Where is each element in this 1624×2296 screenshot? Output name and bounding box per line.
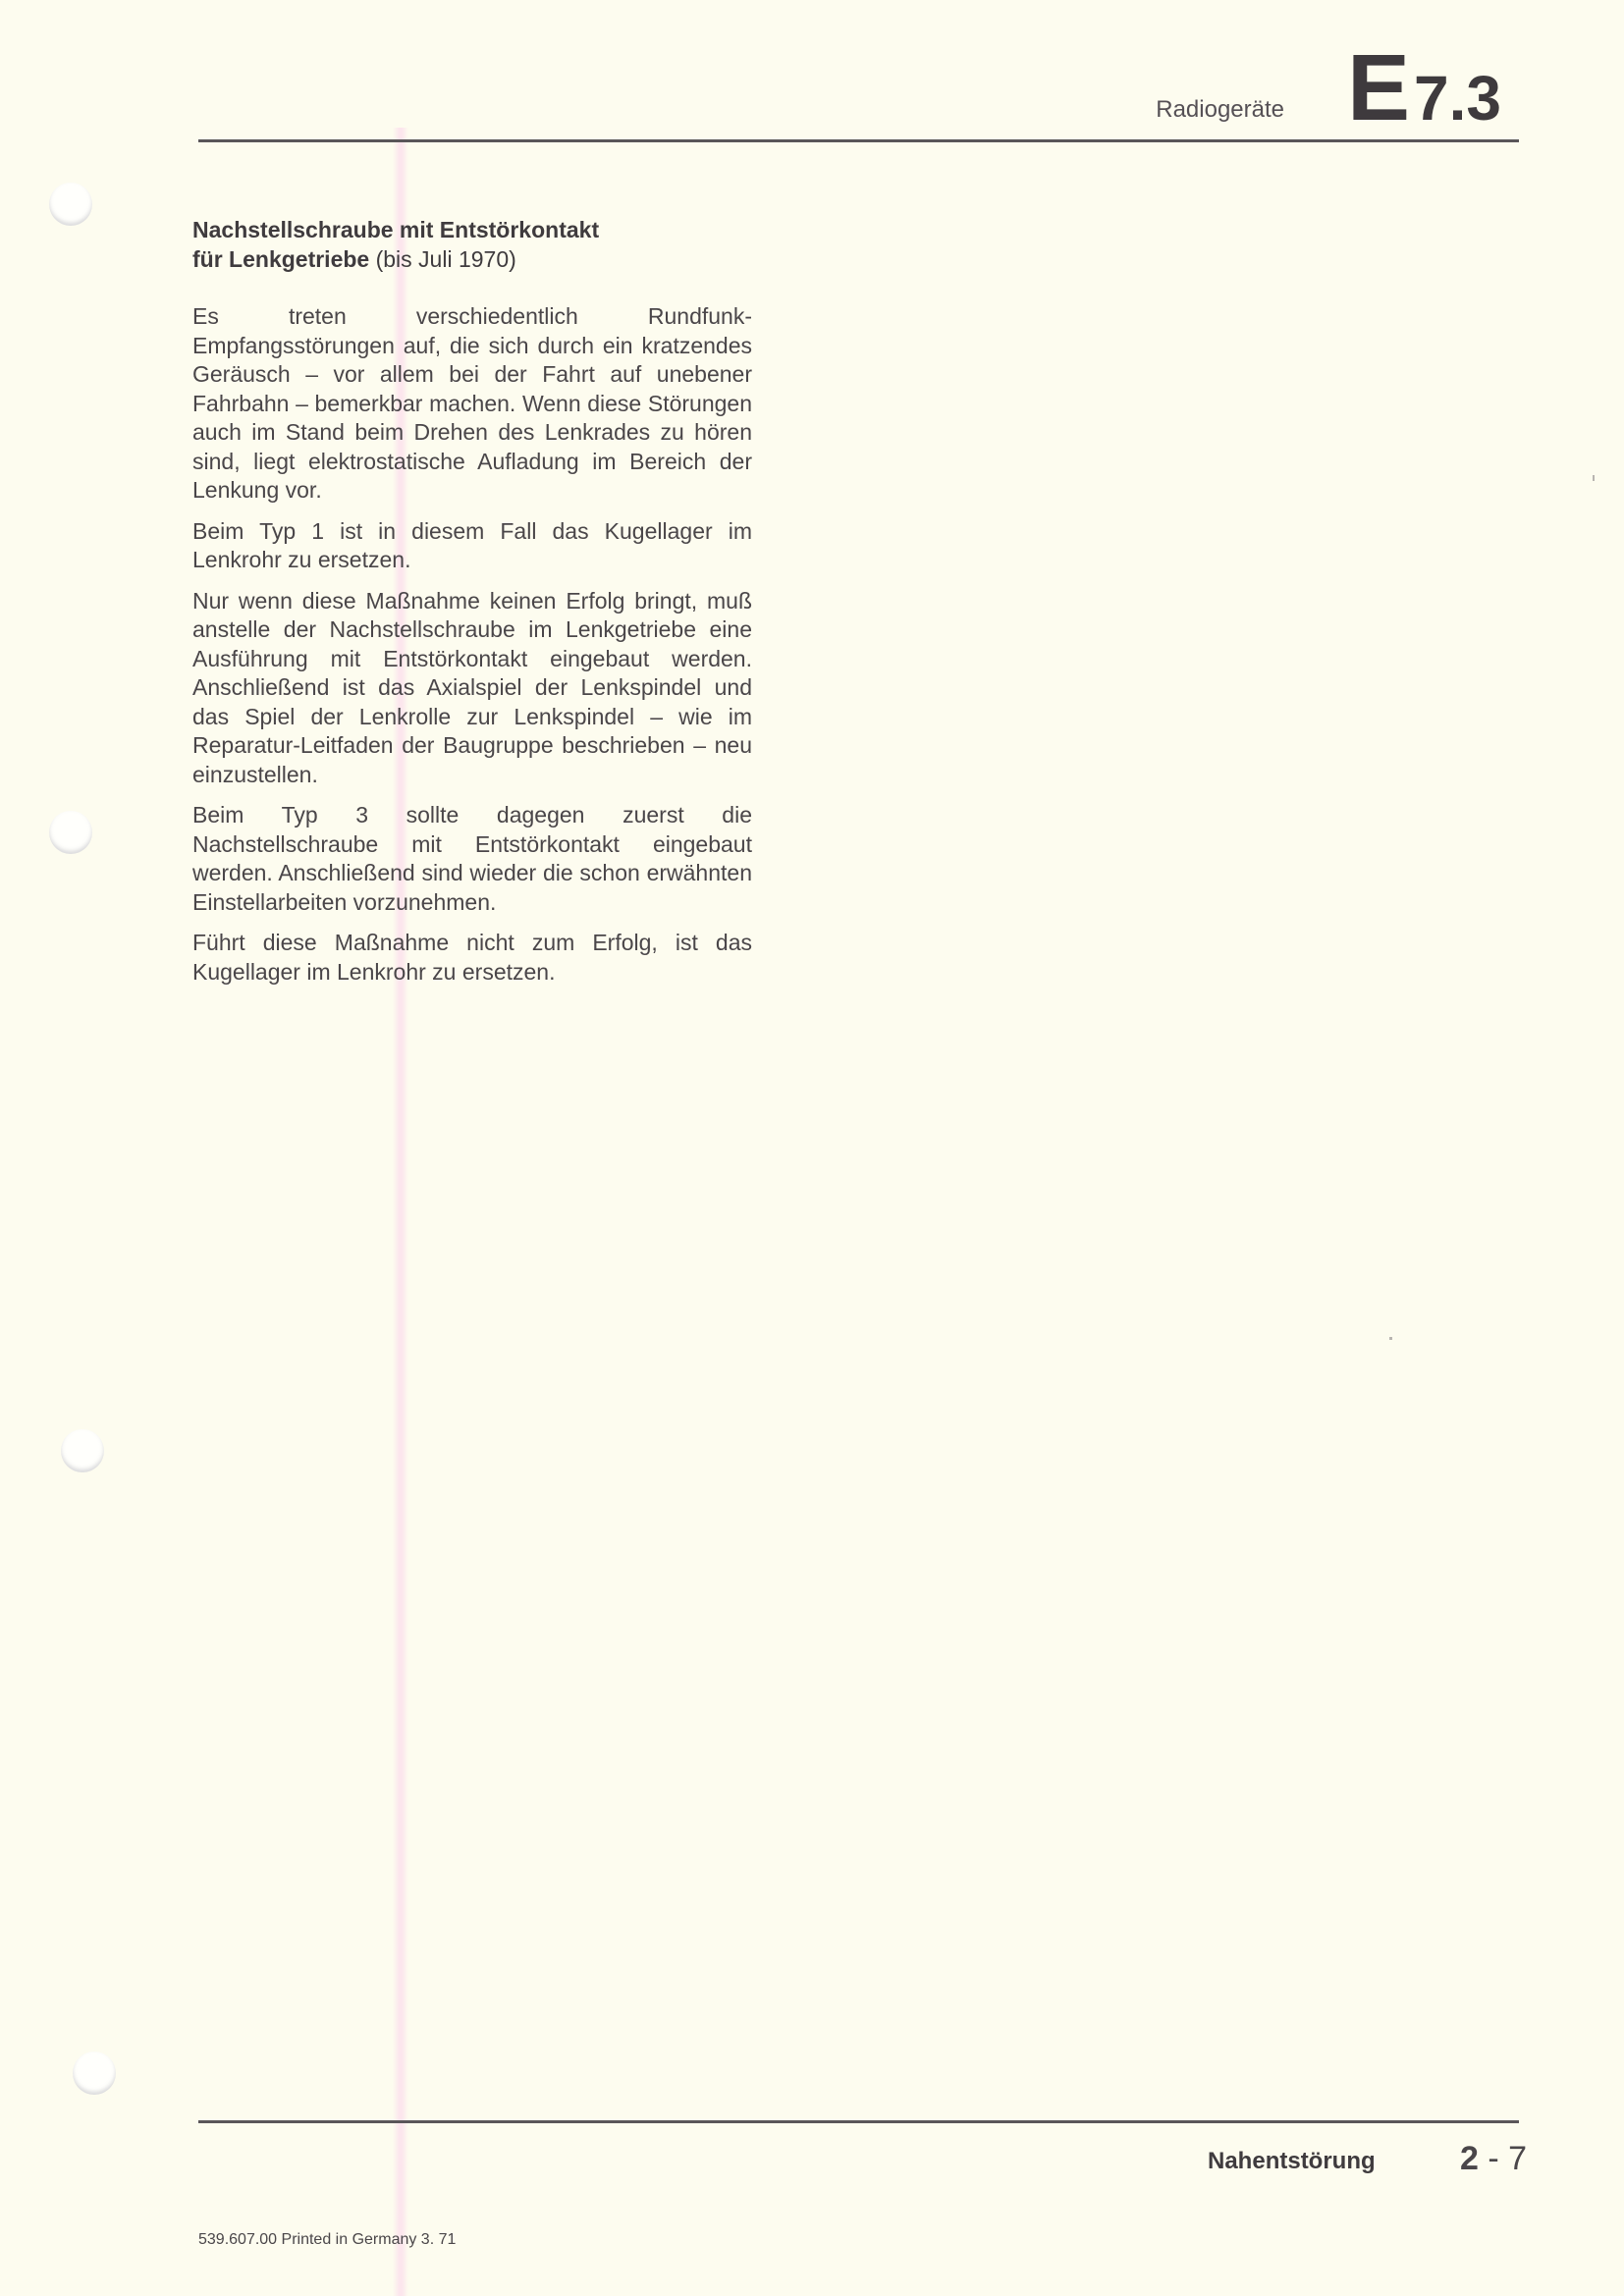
punch-hole	[61, 1429, 104, 1472]
article-title-line2: für Lenkgetriebe (bis Juli 1970)	[192, 245, 752, 275]
article-title: Nachstellschraube mit Entstörkontakt für…	[192, 216, 752, 274]
page-number: 2 - 7	[1460, 2140, 1527, 2178]
article-title-date-range: (bis Juli 1970)	[376, 246, 516, 272]
section-label: Radiogeräte	[1156, 96, 1284, 124]
page-number-major: 2	[1460, 2140, 1479, 2177]
paragraph: Beim Typ 1 ist in diesem Fall das Kugell…	[192, 517, 752, 575]
paragraph: Nur wenn diese Maßnahme keinen Erfolg br…	[192, 587, 752, 790]
section-code-letter: E	[1347, 35, 1408, 140]
paragraph: Es treten verschiedentlich Rundfunk-Empf…	[192, 302, 752, 506]
section-code-number: 7.3	[1414, 63, 1501, 133]
scan-speck	[1593, 475, 1595, 481]
scan-speck	[1389, 1337, 1392, 1340]
paragraph: Führt diese Maßnahme nicht zum Erfolg, i…	[192, 929, 752, 987]
article: Nachstellschraube mit Entstörkontakt für…	[192, 216, 752, 998]
punch-hole	[49, 811, 92, 854]
chapter-title: Nahentstörung	[1208, 2148, 1376, 2175]
section-code: E7.3	[1347, 41, 1501, 135]
footer-rule	[198, 2120, 1519, 2123]
paragraph: Beim Typ 3 sollte dagegen zuerst die Nac…	[192, 801, 752, 917]
page-number-minor: 7	[1508, 2140, 1527, 2177]
article-title-line1: Nachstellschraube mit Entstörkontakt	[192, 216, 752, 245]
punch-hole	[49, 183, 92, 226]
punch-hole	[73, 2052, 116, 2095]
header-rule	[198, 139, 1519, 142]
print-info: 539.607.00 Printed in Germany 3. 71	[198, 2231, 456, 2249]
article-title-line2-bold: für Lenkgetriebe	[192, 246, 369, 272]
page-number-separator: -	[1479, 2140, 1508, 2177]
